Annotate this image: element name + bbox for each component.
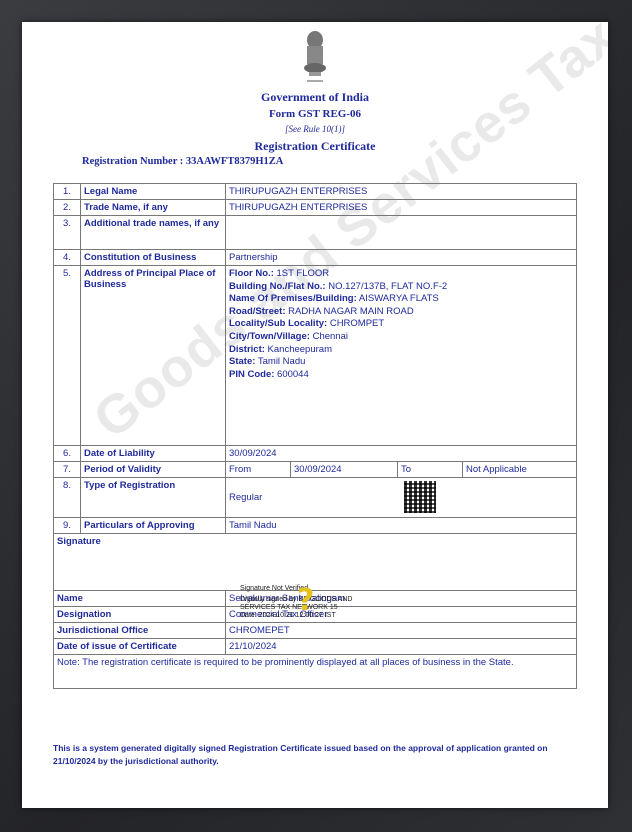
table-row: 4. Constitution of Business Partnership: [54, 250, 577, 266]
table-row: 6. Date of Liability 30/09/2024: [54, 446, 577, 462]
jurisdictional-office-value: CHROMEPET: [226, 623, 577, 639]
validity-to: Not Applicable: [463, 462, 577, 478]
table-row: Jurisdictional Office CHROMEPET: [54, 623, 577, 639]
address-value: Floor No.: 1ST FLOOR Building No./Flat N…: [226, 266, 577, 446]
form-name: Form GST REG-06: [22, 108, 608, 120]
constitution-value: Partnership: [226, 250, 577, 266]
certificate-title: Registration Certificate: [22, 139, 608, 154]
table-row: 7. Period of Validity From 30/09/2024 To…: [54, 462, 577, 478]
table-row: 5. Address of Principal Place of Busines…: [54, 266, 577, 446]
date-of-liability-value: 30/09/2024: [226, 446, 577, 462]
signature-row: Signature: [54, 534, 577, 591]
footer-statement: This is a system generated digitally sig…: [53, 742, 577, 768]
note-text: Note: The registration certificate is re…: [54, 655, 577, 689]
table-row: 8. Type of Registration Regular: [54, 478, 577, 518]
table-row: 3. Additional trade names, if any: [54, 216, 577, 250]
registration-number: Registration Number : 33AAWFT8379H1ZA: [82, 156, 283, 167]
table-row: 2. Trade Name, if any THIRUPUGAZH ENTERP…: [54, 200, 577, 216]
table-row: Date of issue of Certificate 21/10/2024: [54, 639, 577, 655]
government-heading: Government of India: [22, 90, 608, 105]
trade-name-value: THIRUPUGAZH ENTERPRISES: [226, 200, 577, 216]
qr-code-icon: [404, 481, 436, 513]
state-emblem-icon: [297, 28, 333, 86]
registration-type-value: Regular: [229, 492, 262, 503]
validity-from: 30/09/2024: [291, 462, 398, 478]
question-mark-icon: ?: [297, 583, 314, 618]
approving-value: Tamil Nadu: [226, 518, 577, 534]
rule-reference: [See Rule 10(1)]: [22, 124, 608, 134]
table-row: 9. Particulars of Approving Tamil Nadu: [54, 518, 577, 534]
legal-name-value: THIRUPUGAZH ENTERPRISES: [226, 184, 577, 200]
certificate-page: Goods and Services Tax Government of Ind…: [22, 22, 608, 808]
note-row: Note: The registration certificate is re…: [54, 655, 577, 689]
table-row: 1. Legal Name THIRUPUGAZH ENTERPRISES: [54, 184, 577, 200]
additional-trade-names-value: [226, 216, 577, 250]
issue-date-value: 21/10/2024: [226, 639, 577, 655]
